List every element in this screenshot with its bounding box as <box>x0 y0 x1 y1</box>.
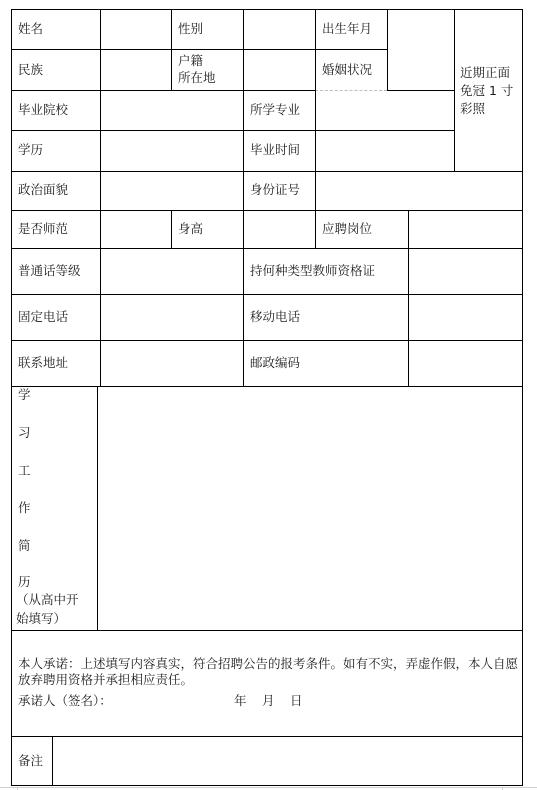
application-form: 姓名 性别 出生年月 民族 户籍 所在地 婚姻状况 近期正面 免冠 1 寸 彩照… <box>0 0 537 790</box>
name-field[interactable] <box>101 10 171 49</box>
resume-note-line1: （从高中开 <box>16 592 79 608</box>
remarks-label: 备注 <box>18 753 43 769</box>
resume-char: 学 <box>18 387 31 403</box>
resume-note-line2: 始填写） <box>16 611 66 627</box>
photo-placeholder[interactable]: 近期正面 免冠 1 寸 彩照 <box>455 10 522 171</box>
resume-char: 历 <box>18 574 31 590</box>
school-field[interactable] <box>101 91 243 130</box>
hukou-label-line2: 所在地 <box>178 70 216 86</box>
teacher-cert-label: 持何种类型教师资格证 <box>250 263 375 279</box>
day-label: 日 <box>290 693 303 709</box>
postcode-field[interactable] <box>409 341 522 386</box>
name-label: 姓名 <box>18 21 43 37</box>
education-field[interactable] <box>101 131 243 171</box>
signature-field[interactable] <box>122 691 232 711</box>
id-number-field[interactable] <box>316 172 522 210</box>
col-line <box>171 210 172 248</box>
col-line <box>315 9 316 90</box>
photo-text-line3: 彩照 <box>460 101 485 117</box>
landline-label: 固定电话 <box>18 309 68 325</box>
gender-field[interactable] <box>244 10 315 49</box>
id-number-label: 身份证号 <box>250 182 300 198</box>
height-field[interactable] <box>244 211 315 248</box>
resume-label: 学 习 工 作 简 历 （从高中开 始填写） <box>12 387 97 630</box>
border-right <box>522 9 523 786</box>
mobile-field[interactable] <box>409 295 522 340</box>
line-r1 <box>11 49 388 50</box>
col-line <box>243 90 244 210</box>
school-label: 毕业院校 <box>18 102 68 118</box>
col-line <box>243 248 244 386</box>
resume-char: 习 <box>18 425 31 441</box>
photo-text-line1: 近期正面 <box>460 65 510 81</box>
col-line <box>315 210 316 248</box>
graduation-time-label: 毕业时间 <box>250 142 300 158</box>
page-edge <box>0 787 537 788</box>
political-status-field[interactable] <box>101 172 243 210</box>
pledge-section: 本人承诺：上述填写内容真实，符合招聘公告的报考条件。如有不实，弄虚作假，本人自愿… <box>12 631 522 736</box>
mandarin-level-label: 普通话等级 <box>18 263 81 279</box>
marital-status-field[interactable] <box>388 50 454 90</box>
normal-school-label: 是否师范 <box>18 221 68 237</box>
resume-field[interactable] <box>98 387 522 630</box>
hukou-label-line1: 户籍 <box>178 53 203 69</box>
photo-text-line2: 免冠 1 寸 <box>460 83 513 99</box>
pledge-text: 本人承诺：上述填写内容真实，符合招聘公告的报考条件。如有不实，弄虚作假，本人自愿… <box>18 656 518 688</box>
postcode-label: 邮政编码 <box>250 355 300 371</box>
normal-school-field[interactable] <box>101 211 171 248</box>
resume-char: 作 <box>18 500 31 516</box>
graduation-time-field[interactable] <box>316 131 454 171</box>
year-label: 年 <box>234 693 247 709</box>
applied-position-label: 应聘岗位 <box>322 221 372 237</box>
marital-status-label: 婚姻状况 <box>322 62 372 78</box>
political-status-label: 政治面貌 <box>18 182 68 198</box>
education-label: 学历 <box>18 142 43 158</box>
ethnicity-label: 民族 <box>18 62 43 78</box>
hukou-field[interactable] <box>244 50 315 90</box>
mobile-label: 移动电话 <box>250 309 300 325</box>
resume-char: 简 <box>18 538 31 554</box>
ethnicity-field[interactable] <box>101 50 171 90</box>
birth-date-field[interactable] <box>388 10 454 49</box>
col-line <box>171 9 172 90</box>
birth-date-label: 出生年月 <box>322 21 372 37</box>
gender-label: 性别 <box>178 21 203 37</box>
border-bottom <box>11 785 523 786</box>
mandarin-level-field[interactable] <box>101 249 243 294</box>
address-field[interactable] <box>101 341 243 386</box>
resume-char: 工 <box>18 463 31 479</box>
major-label: 所学专业 <box>250 102 300 118</box>
address-label: 联系地址 <box>18 355 68 371</box>
remarks-field[interactable] <box>53 737 522 785</box>
month-label: 月 <box>262 693 275 709</box>
landline-field[interactable] <box>101 295 243 340</box>
major-field[interactable] <box>316 91 454 130</box>
height-label: 身高 <box>178 221 203 237</box>
signer-label: 承诺人（签名）： <box>18 693 112 709</box>
applied-position-field[interactable] <box>409 211 522 248</box>
teacher-cert-field[interactable] <box>409 249 522 294</box>
